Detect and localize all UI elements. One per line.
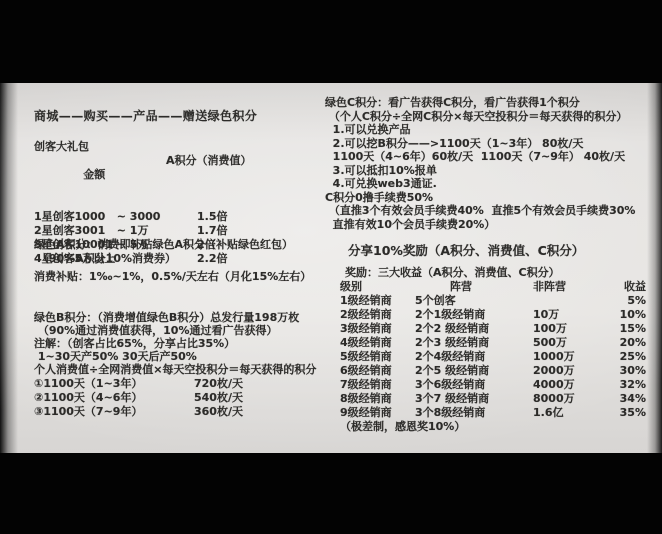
table-cell: 9级经销商 bbox=[340, 406, 415, 420]
text-line: （90%通过消费值获得，10%通过看广告获得） bbox=[34, 324, 316, 337]
table-cell: ①1100天（1~3年） bbox=[34, 377, 142, 390]
table-cell: 8级经销商 bbox=[340, 392, 415, 406]
text-line: C积分0撸手续费50% bbox=[325, 191, 635, 205]
text-line: 绿色A积分：消费即补贴绿色A积分（补贴绿色红包） bbox=[34, 238, 311, 252]
table-row: 1星创客1000 ~ 30001.5倍 bbox=[34, 210, 160, 224]
table-cell: ②1100天（4~6年） bbox=[34, 391, 142, 404]
table-cell: 25% bbox=[613, 350, 658, 364]
table-cell: 1.7倍 bbox=[197, 224, 228, 238]
green-b-schedule-table: ①1100天（1~3年）720枚/天②1100天（4~6年）540枚/天③110… bbox=[34, 377, 316, 419]
table-cell: 720枚/天 bbox=[194, 377, 243, 390]
table-row: 3级经销商2个2 级经销商100万15% bbox=[340, 322, 658, 336]
text-line: 绿色B积分：（消费增值绿色B积分）总发行量198万枚 bbox=[34, 311, 316, 324]
table-row: 7级经销商3个6级经销商4000万32% bbox=[340, 378, 658, 392]
table-cell: 2个3 级经销商 bbox=[415, 336, 533, 350]
table-cell: 2000万 bbox=[533, 364, 613, 378]
table-cell: 1.6亿 bbox=[533, 406, 613, 420]
table-cell: 10万 bbox=[533, 308, 613, 322]
table-cell: ③1100天（7~9年） bbox=[34, 405, 142, 418]
table-cell: 2个1级经销商 bbox=[415, 308, 533, 322]
table-cell: 32% bbox=[613, 378, 658, 392]
dealer-table-header-row: 级别 阵营 非阵营 收益 bbox=[340, 280, 658, 294]
table-cell: 5% bbox=[613, 294, 658, 308]
column-header-a-points: A积分（消费值） bbox=[166, 154, 252, 168]
table-cell: 1级经销商 bbox=[340, 294, 415, 308]
text-line: 1100天（4~6年）60枚/天 1100天（7~9年） 40枚/天 bbox=[325, 150, 635, 164]
table-cell: 35% bbox=[613, 406, 658, 420]
green-b-section: 绿色B积分：（消费增值绿色B积分）总发行量198万枚 （90%通过消费值获得，1… bbox=[34, 311, 316, 419]
letterbox-top bbox=[0, 0, 662, 83]
table-cell: 20% bbox=[613, 336, 658, 350]
column-header-amount: 金额 bbox=[83, 168, 105, 181]
table-cell: 5级经销商 bbox=[340, 350, 415, 364]
table-cell: 3个7 级经销商 bbox=[415, 392, 533, 406]
document-photo: 商城——购买——产品——赠送绿色积分 创客大礼包 金额 A积分（消费值） 1星创… bbox=[0, 83, 662, 453]
table-cell: 2星创客3001 ~ 1万 bbox=[34, 224, 148, 237]
table-row: 2星创客3001 ~ 1万1.7倍 bbox=[34, 224, 160, 238]
green-c-section: 绿色C积分：看广告获得C积分，看广告获得1个积分 （个人C积分÷全网C积分×每天… bbox=[325, 96, 635, 231]
table-cell: 4级经销商 bbox=[340, 336, 415, 350]
table-cell: 10% bbox=[613, 308, 658, 322]
table-cell: 6级经销商 bbox=[340, 364, 415, 378]
table-row: 4级经销商2个3 级经销商500万20% bbox=[340, 336, 658, 350]
table-row: 1级经销商5个创客5% bbox=[340, 294, 658, 308]
video-frame: 商城——购买——产品——赠送绿色积分 创客大礼包 金额 A积分（消费值） 1星创… bbox=[0, 0, 662, 534]
table-cell: 1.5倍 bbox=[197, 210, 228, 224]
table-cell: 360枚/天 bbox=[194, 405, 243, 418]
table-row: 8级经销商3个7 级经销商8000万34% bbox=[340, 392, 658, 406]
reward-section: 奖励：三大收益（A积分、消费值、C积分） 级别 阵营 非阵营 收益 1级经销商5… bbox=[322, 266, 658, 434]
table-row: 5级经销商2个4级经销商1000万25% bbox=[340, 350, 658, 364]
text-line: （个人C积分÷全网C积分×每天空投积分＝每天获得的积分） bbox=[325, 110, 635, 124]
dealer-table-body: 1级经销商5个创客5%2级经销商2个1级经销商10万10%3级经销商2个2 级经… bbox=[340, 294, 658, 420]
table-row: ②1100天（4~6年）540枚/天 bbox=[34, 391, 316, 405]
table-row: 6级经销商2个5 级经销商2000万30% bbox=[340, 364, 658, 378]
text-line: 直推有效10个会员手续费20%） bbox=[325, 218, 635, 232]
table-cell: 2个2 级经销商 bbox=[415, 322, 533, 336]
table-cell: 3级经销商 bbox=[340, 322, 415, 336]
letterbox-bottom bbox=[0, 453, 662, 534]
text-line: 注解：（创客占比65%，分享占比35%） bbox=[34, 337, 316, 350]
table-row: 2级经销商2个1级经销商10万10% bbox=[340, 308, 658, 322]
dealer-table: 级别 阵营 非阵营 收益 1级经销商5个创客5%2级经销商2个1级经销商10万1… bbox=[340, 280, 658, 420]
table-cell: 1星创客1000 ~ 3000 bbox=[34, 210, 160, 223]
table-cell: 8000万 bbox=[533, 392, 613, 406]
table-cell: 2级经销商 bbox=[340, 308, 415, 322]
table-cell: 2个4级经销商 bbox=[415, 350, 533, 364]
table-cell: 2个5 级经销商 bbox=[415, 364, 533, 378]
table-cell: 7级经销商 bbox=[340, 378, 415, 392]
text-line: 消费补贴：1‰~1%，0.5%/天左右（月化15%左右） bbox=[34, 270, 311, 284]
gift-pack-title: 创客大礼包 bbox=[34, 140, 160, 154]
column-header-noncamp: 非阵营 bbox=[533, 280, 613, 294]
table-cell: 5个创客 bbox=[415, 294, 533, 308]
table-cell: 3个6级经销商 bbox=[415, 378, 533, 392]
table-cell: 34% bbox=[613, 392, 658, 406]
text-line: （直推3个有效会员手续费40% 直推5个有效会员手续费30% bbox=[325, 204, 635, 218]
share-reward-title: 分享10%奖励（A积分、消费值、C积分） bbox=[348, 241, 584, 259]
text-line: 1.可以兑换产品 bbox=[325, 123, 635, 137]
text-line: 个人消费值÷全网消费值×每天空投积分＝每天获得的积分 bbox=[34, 363, 316, 376]
table-cell: 1000万 bbox=[533, 350, 613, 364]
table-row: ③1100天（7~9年）360枚/天 bbox=[34, 405, 316, 419]
table-cell: 15% bbox=[613, 322, 658, 336]
column-header-camp: 阵营 bbox=[415, 280, 533, 294]
text-line: 4.可兑换web3通证. bbox=[325, 177, 635, 191]
flow-title: 商城——购买——产品——赠送绿色积分 bbox=[34, 107, 257, 124]
column-header-level: 级别 bbox=[340, 280, 415, 294]
table-cell bbox=[533, 294, 613, 308]
table-cell: 4000万 bbox=[533, 378, 613, 392]
text-line: （90%A积分10%消费券） bbox=[34, 252, 311, 266]
text-line: 3.可以抵扣10%报单 bbox=[325, 164, 635, 178]
table-row: 9级经销商3个8级经销商1.6亿35% bbox=[340, 406, 658, 420]
text-line: 2.可以挖B积分——>1100天（1~3年） 80枚/天 bbox=[325, 137, 635, 151]
table-cell: 500万 bbox=[533, 336, 613, 350]
green-a-section: 绿色A积分：消费即补贴绿色A积分（补贴绿色红包） （90%A积分10%消费券） … bbox=[34, 238, 311, 284]
table-cell: 30% bbox=[613, 364, 658, 378]
table-cell: 540枚/天 bbox=[194, 391, 243, 404]
table-cell: 100万 bbox=[533, 322, 613, 336]
reward-intro: 奖励：三大收益（A积分、消费值、C积分） bbox=[345, 266, 658, 280]
footnote: （极差制，感恩奖10%） bbox=[340, 420, 658, 434]
column-header-income: 收益 bbox=[613, 280, 658, 294]
text-line: 1~30天产50% 30天后产50% bbox=[34, 350, 316, 363]
table-row: ①1100天（1~3年）720枚/天 bbox=[34, 377, 316, 391]
gift-pack-header: 金额 A积分（消费值） bbox=[34, 154, 160, 210]
text-line: 绿色C积分：看广告获得C积分，看广告获得1个积分 bbox=[325, 96, 635, 110]
table-cell: 3个8级经销商 bbox=[415, 406, 533, 420]
